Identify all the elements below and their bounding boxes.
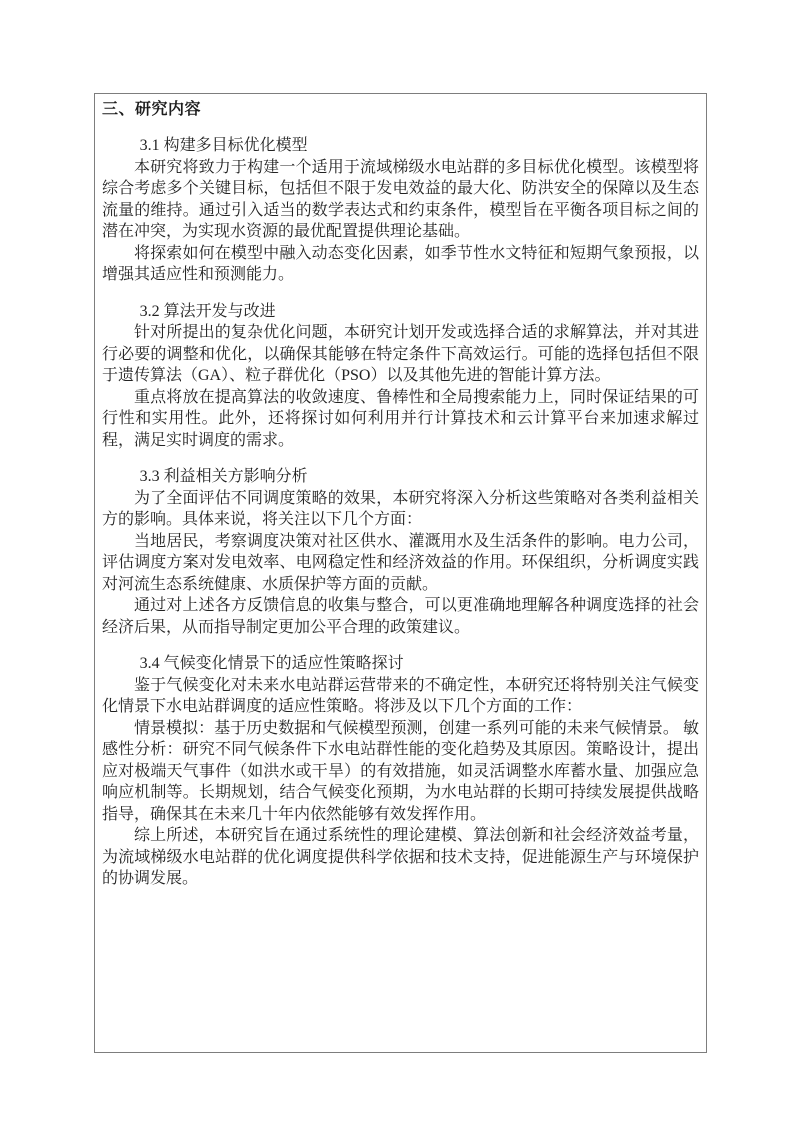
paragraph: 情景模拟：基于历史数据和气候模型预测，创建一系列可能的未来气候情景。 敏感性分析… [102, 718, 699, 826]
section-3-3: 3.3 利益相关方影响分析 为了全面评估不同调度策略的效果，本研究将深入分析这些… [102, 466, 699, 638]
section-title: 三、研究内容 [102, 99, 699, 120]
section-3-1: 3.1 构建多目标优化模型 本研究将致力于构建一个适用于流域梯级水电站群的多目标… [102, 135, 699, 286]
section-3-2-heading: 3.2 算法开发与改进 [102, 301, 699, 323]
paragraph: 将探索如何在模型中融入动态变化因素，如季节性水文特征和短期气象预报，以增强其适应… [102, 243, 699, 286]
section-3-4: 3.4 气候变化情景下的适应性策略探讨 鉴于气候变化对未来水电站群运营带来的不确… [102, 653, 699, 890]
paragraph: 本研究将致力于构建一个适用于流域梯级水电站群的多目标优化模型。该模型将综合考虑多… [102, 157, 699, 243]
paragraph: 重点将放在提高算法的收敛速度、鲁棒性和全局搜索能力上，同时保证结果的可行性和实用… [102, 387, 699, 452]
section-3-3-heading: 3.3 利益相关方影响分析 [102, 466, 699, 488]
research-content-cell: 三、研究内容 3.1 构建多目标优化模型 本研究将致力于构建一个适用于流域梯级水… [94, 93, 707, 1053]
paragraph: 综上所述，本研究旨在通过系统性的理论建模、算法创新和社会经济效益考量，为流域梯级… [102, 825, 699, 890]
paragraph: 针对所提出的复杂优化问题，本研究计划开发或选择合适的求解算法，并对其进行必要的调… [102, 322, 699, 387]
section-3-1-heading: 3.1 构建多目标优化模型 [102, 135, 699, 157]
paragraph: 通过对上述各方反馈信息的收集与整合，可以更准确地理解各种调度选择的社会经济后果，… [102, 595, 699, 638]
section-3-2: 3.2 算法开发与改进 针对所提出的复杂优化问题，本研究计划开发或选择合适的求解… [102, 301, 699, 452]
section-3-4-heading: 3.4 气候变化情景下的适应性策略探讨 [102, 653, 699, 675]
paragraph: 当地居民，考察调度决策对社区供水、灌溉用水及生活条件的影响。电力公司，评估调度方… [102, 531, 699, 596]
paragraph: 鉴于气候变化对未来水电站群运营带来的不确定性，本研究还将特别关注气候变化情景下水… [102, 675, 699, 718]
document-page: 三、研究内容 3.1 构建多目标优化模型 本研究将致力于构建一个适用于流域梯级水… [0, 0, 800, 1132]
paragraph: 为了全面评估不同调度策略的效果，本研究将深入分析这些策略对各类利益相关方的影响。… [102, 488, 699, 531]
